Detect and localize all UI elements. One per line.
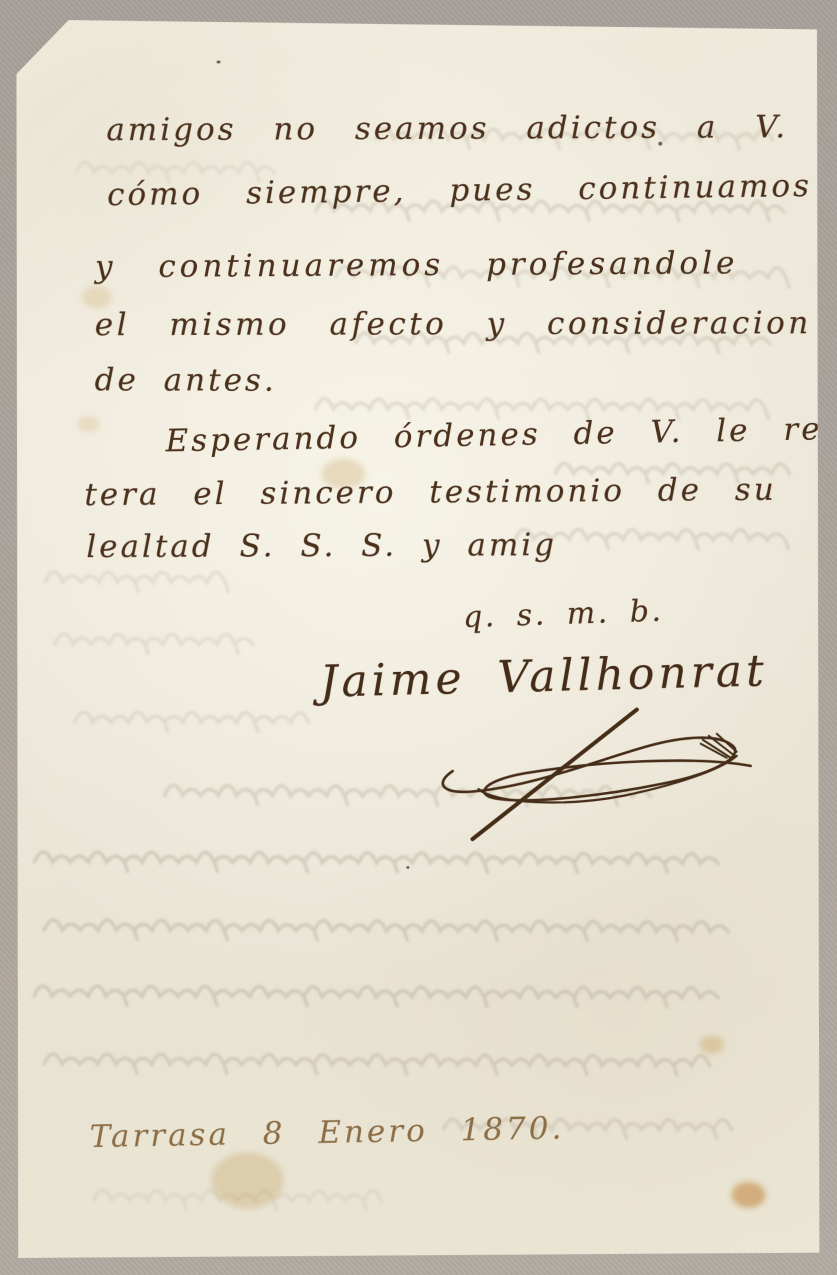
letter-line: tera el sincero testimonio de su [84, 475, 777, 511]
letter-line: lealtad S. S. S. y amig [86, 530, 557, 563]
paper-stain [700, 1036, 724, 1054]
paper-stain [732, 1182, 766, 1208]
paper-stain [82, 286, 112, 308]
ink-speck [217, 60, 221, 63]
valediction: q. s. m. b. [463, 597, 664, 633]
letter-line: de antes. [95, 365, 277, 396]
signature-rubric-flourish [414, 703, 774, 854]
ink-speck [406, 866, 409, 869]
signature: Jaime Vallhonrat [319, 649, 768, 704]
dateline: Tarrasa 8 Enero 1870. [89, 1113, 564, 1153]
paper-stain [212, 1152, 284, 1208]
letter-line: el mismo afecto y consideracion [95, 308, 812, 341]
letter-line: cómo siempre, pues continuamos [107, 171, 812, 211]
letter-page: amigos no seamos adictos a V. cómo siemp… [13, 20, 822, 1260]
letter-line: y continuaremos profesandole [95, 248, 739, 283]
letter-line: amigos no seamos adictos a V. [106, 112, 788, 146]
paper-stain [78, 416, 100, 432]
